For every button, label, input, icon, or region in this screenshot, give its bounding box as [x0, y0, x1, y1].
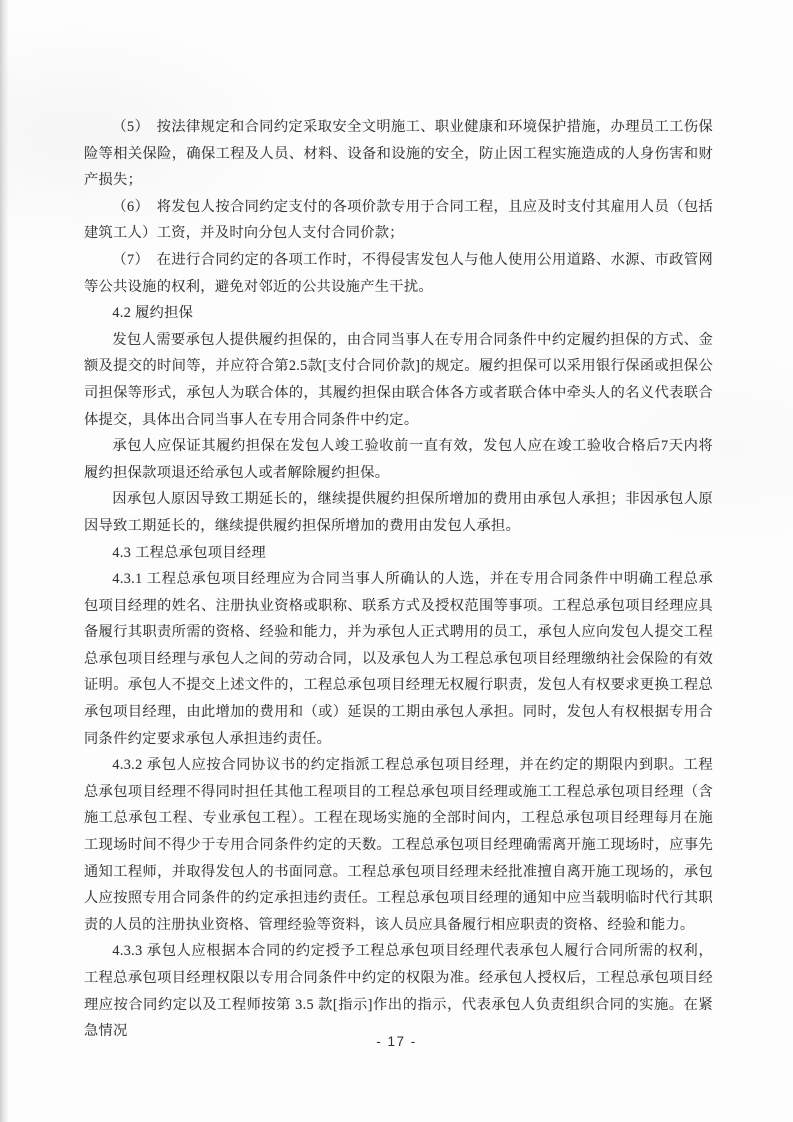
paragraph: （5） 按法律规定和合同约定采取安全文明施工、职业健康和环境保护措施，办理员工工…: [84, 114, 713, 194]
scanned-contract-page: { "document": { "paragraphs": [ { "type"…: [0, 0, 793, 1122]
paragraph: 发包人需要承包人提供履约担保的，由合同当事人在专用合同条件中约定履约担保的方式、…: [84, 327, 713, 433]
section-heading: 4.3 工程总承包项目经理: [84, 540, 713, 567]
page-number: - 17 -: [0, 1034, 793, 1049]
paragraph: 4.3.1 工程总承包项目经理应为合同当事人所确认的人选，并在专用合同条件中明确…: [84, 566, 713, 752]
paragraph: 4.3.3 承包人应根据本合同的约定授予工程总承包项目经理代表承包人履行合同所需…: [84, 938, 713, 1044]
paragraph: 4.3.2 承包人应按合同协议书的约定指派工程总承包项目经理，并在约定的期限内到…: [84, 752, 713, 938]
paragraph: （7） 在进行合同约定的各项工作时，不得侵害发包人与他人使用公用道路、水源、市政…: [84, 247, 713, 300]
scan-edge-artifact: [0, 0, 9, 1122]
section-heading: 4.2 履约担保: [84, 300, 713, 327]
paragraph: （6） 将发包人按合同约定支付的各项价款专用于合同工程，且应及时支付其雇用人员（…: [84, 194, 713, 247]
paragraph: 承包人应保证其履约担保在发包人竣工验收前一直有效，发包人应在竣工验收合格后7天内…: [84, 433, 713, 486]
document-body: （5） 按法律规定和合同约定采取安全文明施工、职业健康和环境保护措施，办理员工工…: [84, 114, 713, 1045]
paragraph: 因承包人原因导致工期延长的，继续提供履约担保所增加的费用由承包人承担；非因承包人…: [84, 486, 713, 539]
